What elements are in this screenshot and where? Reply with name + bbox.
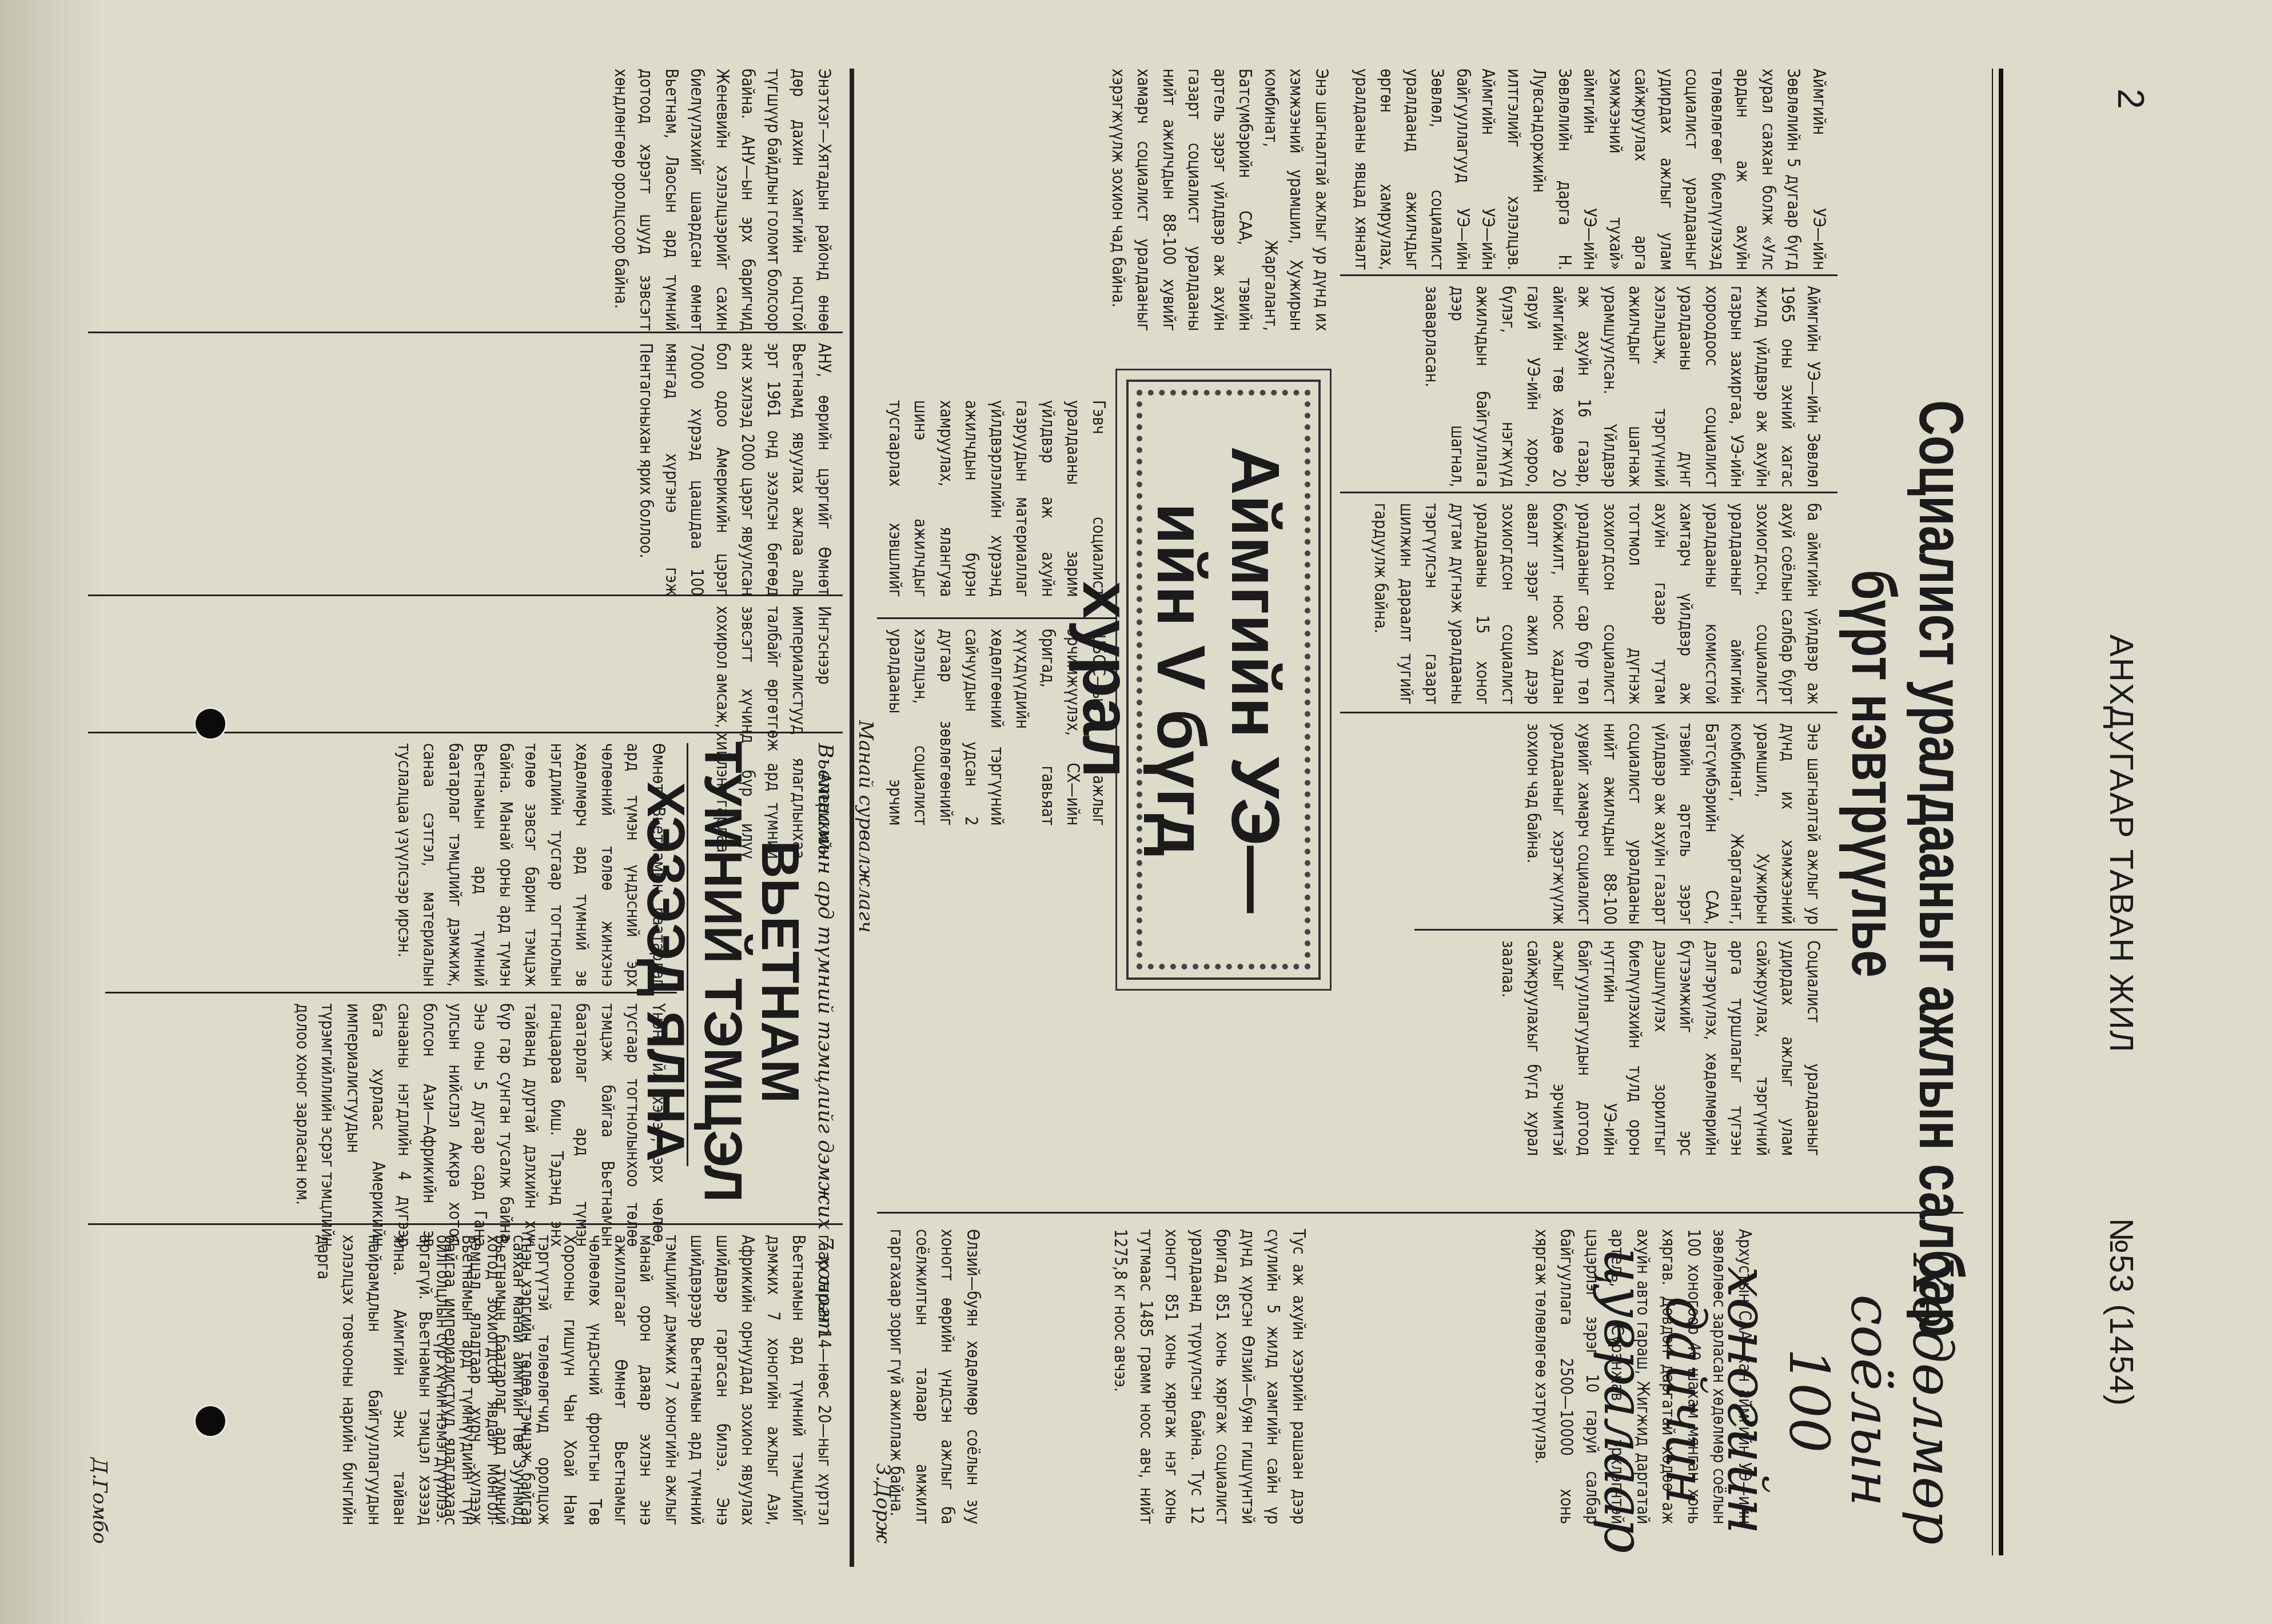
column-rule [877,1212,1963,1214]
main-headline-line1: Социалист уралдааныг ажлын салбар [1907,400,1975,1337]
boxed-article-col-1: Гэвч социалист уралдааны зарим үйлдвэр а… [883,400,1111,597]
column-rule [877,617,1117,619]
boxed-article-byline: Манай сурвалжлагч [854,720,877,933]
column-rule [88,594,843,596]
main-article-col-1: Аймгийн УЭ—ийн Зөвлөлийн 5 дугаар бүгд х… [1346,69,1832,270]
right-article-col-2: Тус аж ахуйн хээрийн рашаан дээр сүүлийн… [991,1229,1312,1525]
main-article-col-7: Энэтхэг—Хятадын районд өнөө дөр дахин ха… [94,69,837,331]
vietnam-col-4: Үнэн хэргийн төлөө тэмцэж байгаа Вьетнам… [139,1235,540,1525]
main-article-col-4: Энэ шагналтай ажлыг ур дүнд их хэмжээний… [1426,723,1826,925]
main-article-col-2: Аймгийн УЭ—ийн Зөвлөл 1965 оны эхний хаг… [1340,286,1826,488]
section-divider [850,69,854,1567]
column-rule [88,332,843,333]
vietnam-col-2: Үнэн үйл хэрэг, эрх чөлөө, тусгаар тогтн… [99,1003,671,1247]
column-rule [1340,712,1837,713]
right-article-col-1: Архустын САА—хан аймгийн УЭ—ийн зөвлөлөө… [1323,1229,1757,1525]
column-rule [1340,492,1837,493]
page-number: 2 [2110,89,2152,110]
boxed-article-frame: Аймгийн УЭ—ийн V бүгд хурал [1113,366,1334,993]
column-rule [88,1223,843,1225]
main-article-col-3: ба аймгийн үйлдвэр аж ахуй соёлын салбар… [1340,503,1826,705]
main-article-col-6: Энэ шагналтай ажлыг ур дүнд их хэмжээний… [923,69,1334,331]
page-edge-shadow [0,0,103,1624]
main-article-col-5: Социалист уралдааныг удирдах ажлыг улам … [1426,940,1826,1156]
newspaper-page: 2 АНХДУГААР ТАВАН ЖИЛ №53 (1454) Социали… [0,0,2272,1624]
binding-hole [196,1406,225,1436]
masthead-rule [1992,69,2003,1555]
section-title: АНХДУГААР ТАВАН ЖИЛ [2102,635,2141,1054]
left-article-col-1: АНУ, өөрийн цэргийг Өмнөт Вьетнамд явуул… [94,343,837,596]
right-headline-line1: Хөдөлмөр соёлын [1840,1229,1963,1572]
binding-hole [196,709,225,739]
main-headline: Социалист уралдааныг ажлын салбар бүрт н… [1840,400,1975,1337]
column-rule [1340,274,1837,276]
boxed-article-col-2: ШБОС—ын ажлыг эрчимжүүлэх, СХ—ийн бригад… [883,629,1111,825]
column-rule [1414,929,1837,931]
vietnam-col-1: Өмнөт Вьетнамын баатарлаг ард түмэн үндэ… [99,743,671,987]
issue-number: №53 (1454) [2102,1218,2141,1407]
main-headline-line2: бүрт нэвтрүүлье [1840,400,1907,1337]
right-article-byline: З.Дорж [871,1463,894,1544]
column-rule [105,992,677,993]
